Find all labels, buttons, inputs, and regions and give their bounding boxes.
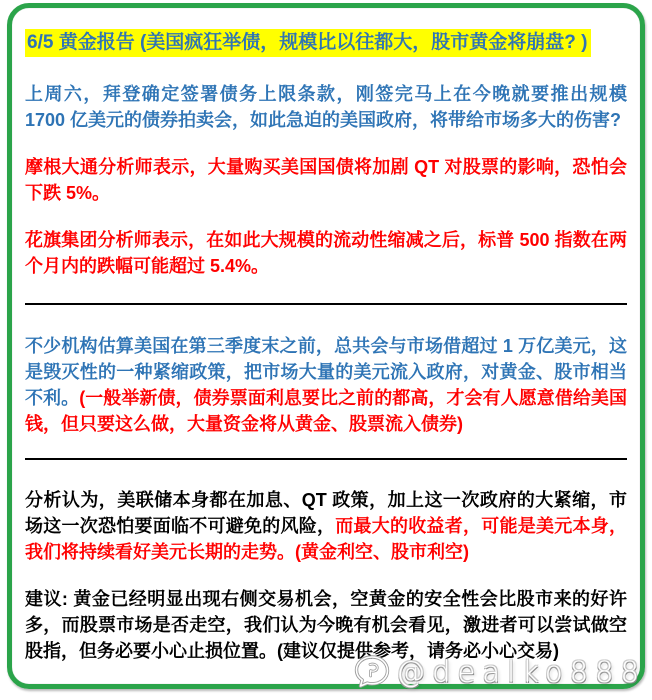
report-paragraph: 花旗集团分析师表示，在如此大规模的流动性缩减之后，标普 500 指数在两个月内的… (25, 227, 627, 279)
chat-bubble-icon (353, 654, 391, 690)
report-title: 6/5 黄金报告 (美国疯狂举债，规模比以往都大，股市黄金将崩盘? ) (25, 28, 627, 58)
section-divider (25, 458, 627, 460)
text-segment-red: 花旗集团分析师表示，在如此大规模的流动性缩减之后，标普 500 指数在两个月内的… (25, 230, 627, 276)
report-paragraph: 上周六，拜登确定签署债务上限条款，刚签完马上在今晚就要推出规模 1700 亿美元… (25, 81, 627, 133)
report-paragraph: 建议: 黄金已经明显出现右侧交易机会，空黄金的安全性会比股市来的好许多，而股票市… (25, 586, 627, 664)
document-body: 上周六，拜登确定签署债务上限条款，刚签完马上在今晚就要推出规模 1700 亿美元… (25, 81, 627, 664)
section-divider (25, 303, 627, 305)
text-segment-red: 摩根大通分析师表示，大量购买美国国债将加剧 QT 对股票的影响，恐怕会下跌 5%… (25, 157, 627, 203)
text-segment-blue: 上周六，拜登确定签署债务上限条款，刚签完马上在今晚就要推出规模 1700 亿美元… (25, 84, 627, 130)
watermark-handle: @dealko888 (396, 655, 646, 689)
report-paragraph: 分析认为，美联储本身都在加息、QT 政策，加上这一次政府的大紧缩，市场这一次恐怕… (25, 487, 627, 565)
text-segment-red: (一般举新债，债券票面利息要比之前的都高，才会有人愿意借给美国钱，但只要这么做，… (25, 388, 627, 434)
report-paragraph: 不少机构估算美国在第三季度末之前，总共会与市场借超过 1 万亿美元，这是毁灭性的… (25, 333, 627, 437)
title-highlight: 6/5 黄金报告 (美国疯狂举债，规模比以往都大，股市黄金将崩盘? ) (25, 29, 591, 57)
watermark: @dealko888 (353, 654, 646, 690)
report-paragraph: 摩根大通分析师表示，大量购买美国国债将加剧 QT 对股票的影响，恐怕会下跌 5%… (25, 154, 627, 206)
report-content: 6/5 黄金报告 (美国疯狂举债，规模比以往都大，股市黄金将崩盘? ) 上周六，… (25, 28, 627, 685)
text-segment-black: 建议: 黄金已经明显出现右侧交易机会，空黄金的安全性会比股市来的好许多，而股票市… (25, 589, 627, 661)
